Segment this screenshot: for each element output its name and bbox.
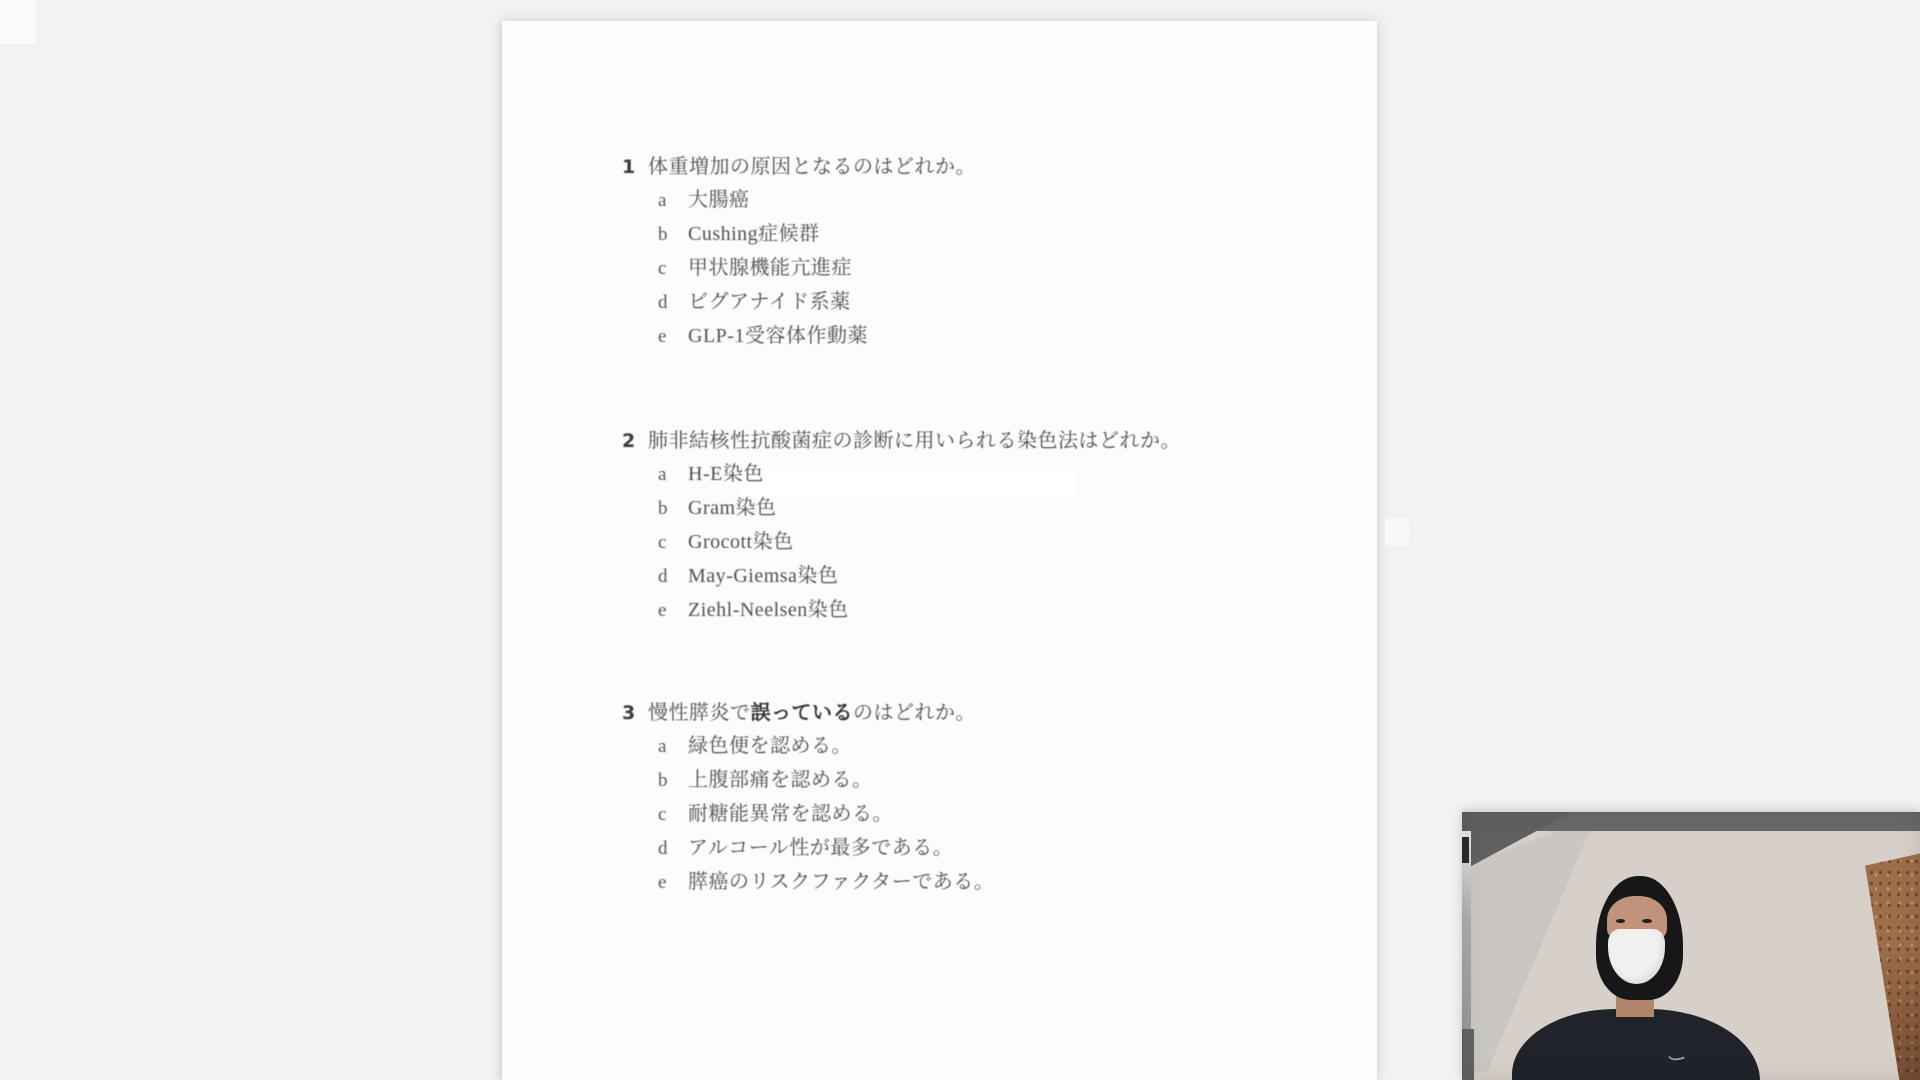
option-text: Gram染色 <box>688 491 777 525</box>
option-letter: a <box>658 458 688 492</box>
question-number: 3 <box>622 696 648 730</box>
option-text: H-E染色 <box>688 457 764 491</box>
option-row: e GLP-1受容体作動薬 <box>502 319 1377 353</box>
option-text: 上腹部痛を認める。 <box>688 763 873 797</box>
option-letter: b <box>658 218 688 252</box>
option-letter: d <box>658 560 688 594</box>
option-letter: a <box>658 184 688 218</box>
option-row: a 大腸癌 <box>502 183 1377 217</box>
option-letter: d <box>658 286 688 320</box>
option-text: 緑色便を認める。 <box>688 729 852 763</box>
stem-segment: 慢性膵炎で <box>648 702 751 724</box>
option-text: ビグアナイド系薬 <box>688 285 851 319</box>
question-stem-row: 2 肺非結核性抗酸菌症の診断に用いられる染色法はどれか。 <box>502 423 1377 457</box>
option-text: Grocott染色 <box>688 525 794 559</box>
option-row: d アルコール性が最多である。 <box>502 831 1377 865</box>
window-corner-artifact <box>0 0 36 44</box>
option-row: b Gram染色 <box>502 491 1377 525</box>
option-text: 膵癌のリスクファクターである。 <box>688 865 994 899</box>
question-stem: 体重増加の原因となるのはどれか。 <box>648 149 976 184</box>
option-row: a H-E染色 <box>502 457 1377 491</box>
option-letter: b <box>658 764 688 798</box>
option-text: 耐糖能異常を認める。 <box>688 797 893 831</box>
option-row: d May-Giemsa染色 <box>502 559 1377 593</box>
question-stem-row: 1 体重増加の原因となるのはどれか。 <box>502 149 1377 183</box>
video-vignette <box>1462 812 1920 1080</box>
option-letter: c <box>658 798 688 832</box>
option-row: b Cushing症候群 <box>502 217 1377 251</box>
question-number: 2 <box>622 424 648 458</box>
question-1: 1 体重増加の原因となるのはどれか。 a 大腸癌 b Cushing症候群 c … <box>502 149 1377 353</box>
option-letter: b <box>658 492 688 526</box>
option-row: c 耐糖能異常を認める。 <box>502 797 1377 831</box>
option-letter: c <box>658 252 688 286</box>
webcam-video-tile <box>1462 812 1920 1080</box>
document-text: 1 体重増加の原因となるのはどれか。 a 大腸癌 b Cushing症候群 c … <box>502 21 1377 1080</box>
document-page: 1 体重増加の原因となるのはどれか。 a 大腸癌 b Cushing症候群 c … <box>502 21 1377 1080</box>
option-text: アルコール性が最多である。 <box>688 831 953 865</box>
question-3: 3 慢性膵炎で誤っているのはどれか。 a 緑色便を認める。 b 上腹部痛を認める… <box>502 695 1377 899</box>
option-row: c 甲状腺機能亢進症 <box>502 251 1377 285</box>
option-text: May-Giemsa染色 <box>688 559 838 593</box>
question-number: 1 <box>622 150 648 184</box>
question-2: 2 肺非結核性抗酸菌症の診断に用いられる染色法はどれか。 a H-E染色 b G… <box>502 423 1377 627</box>
screen-share-view: { "app": { "background_color": "#f3f2f1"… <box>0 0 1920 1080</box>
stem-segment: 体重増加の原因となるのはどれか。 <box>648 156 976 178</box>
stem-segment: のはどれか。 <box>853 702 976 724</box>
option-row: c Grocott染色 <box>502 525 1377 559</box>
option-row: a 緑色便を認める。 <box>502 729 1377 763</box>
scrollbar-artifact <box>1385 518 1409 546</box>
option-text: GLP-1受容体作動薬 <box>688 319 868 353</box>
option-letter: c <box>658 526 688 560</box>
option-text: 甲状腺機能亢進症 <box>688 251 852 285</box>
question-stem: 慢性膵炎で誤っているのはどれか。 <box>648 695 976 730</box>
option-row: d ビグアナイド系薬 <box>502 285 1377 319</box>
option-letter: d <box>658 832 688 866</box>
option-text: 大腸癌 <box>688 183 750 217</box>
option-row: b 上腹部痛を認める。 <box>502 763 1377 797</box>
option-row: e 膵癌のリスクファクターである。 <box>502 865 1377 899</box>
question-stem-row: 3 慢性膵炎で誤っているのはどれか。 <box>502 695 1377 729</box>
option-letter: a <box>658 730 688 764</box>
option-text: Ziehl-Neelsen染色 <box>688 593 849 627</box>
option-letter: e <box>658 594 688 628</box>
option-row: e Ziehl-Neelsen染色 <box>502 593 1377 627</box>
question-stem: 肺非結核性抗酸菌症の診断に用いられる染色法はどれか。 <box>648 423 1181 458</box>
option-text: Cushing症候群 <box>688 217 820 251</box>
option-letter: e <box>658 866 688 900</box>
stem-segment: 肺非結核性抗酸菌症の診断に用いられる染色法はどれか。 <box>648 430 1181 452</box>
option-letter: e <box>658 320 688 354</box>
stem-bold-segment: 誤っている <box>751 700 854 724</box>
